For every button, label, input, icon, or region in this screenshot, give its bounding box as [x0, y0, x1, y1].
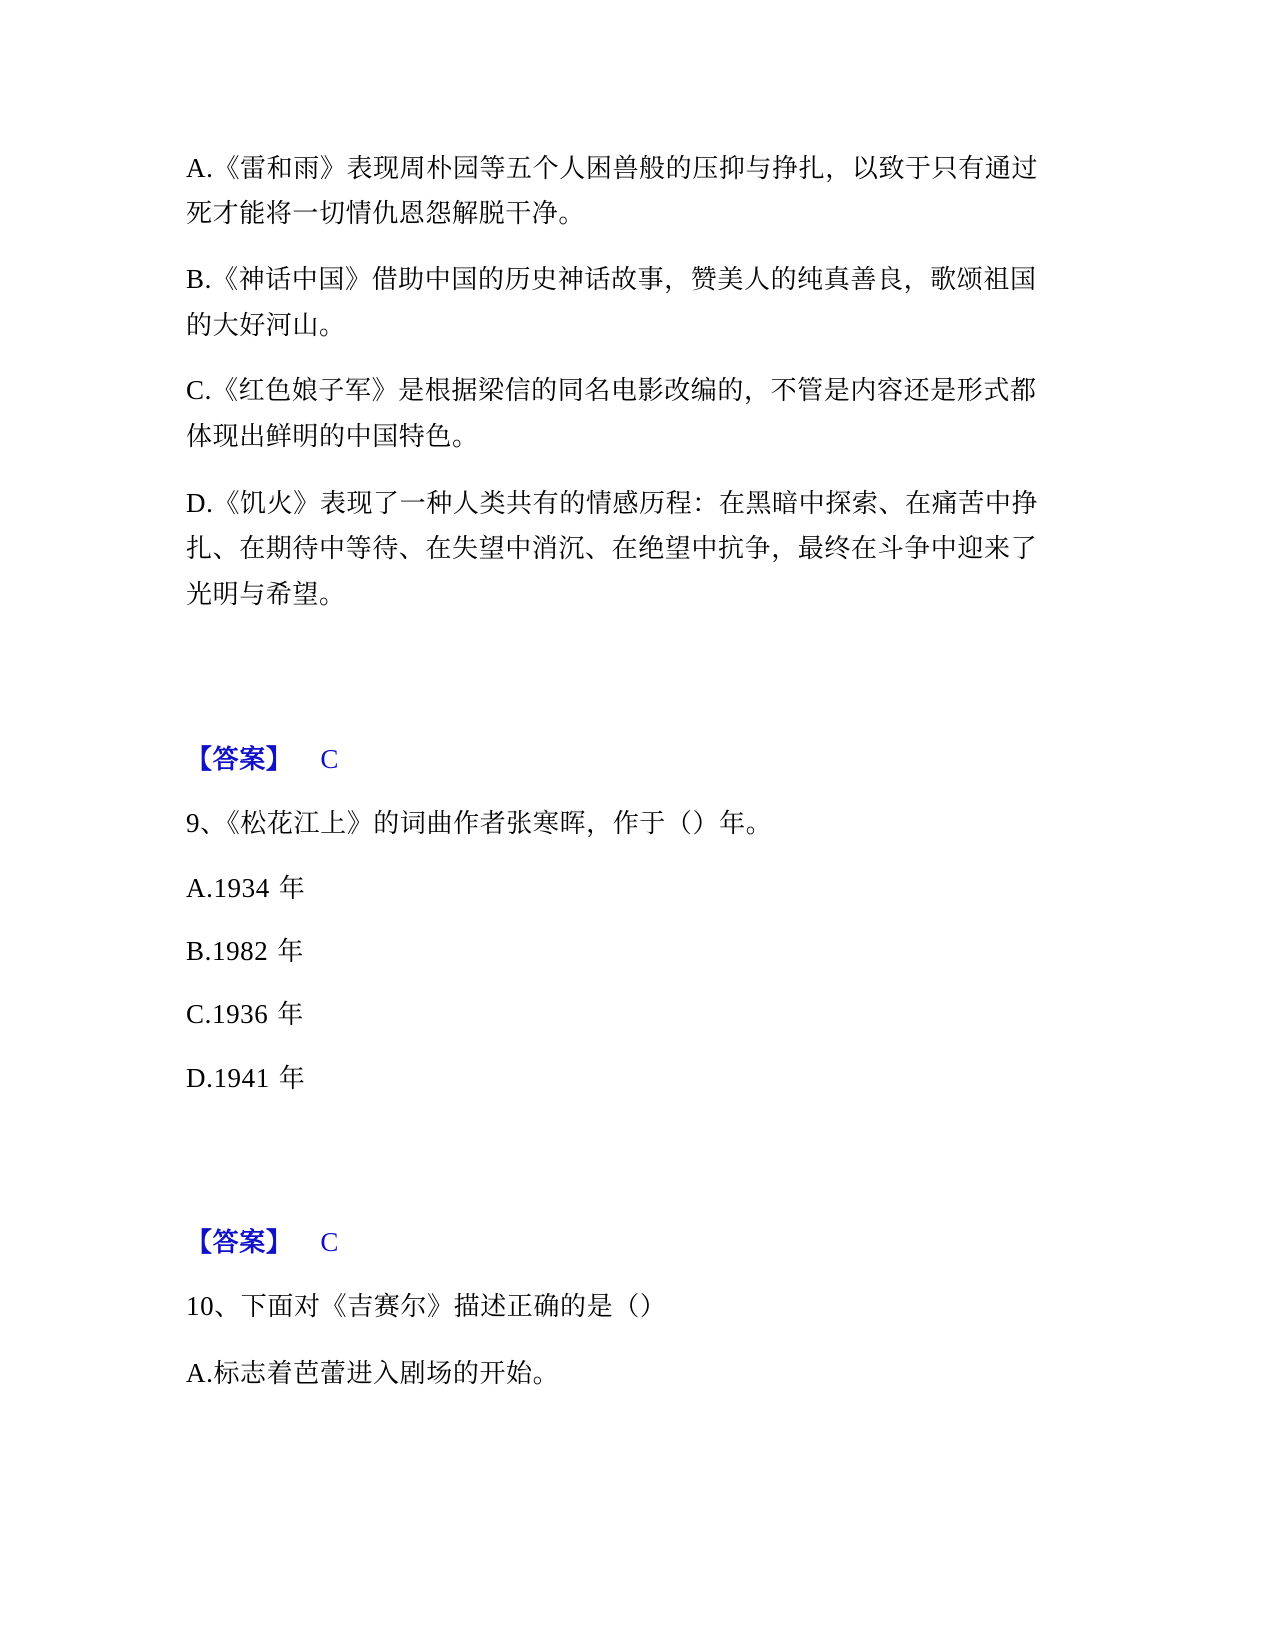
- q8-option-c-line2: 体现出鲜明的中国特色。: [186, 420, 479, 454]
- q9-option-d: D.1941 年: [186, 1061, 305, 1095]
- q8-option-b-line1: B.《神话中国》借助中国的历史神话故事，赞美人的纯真善良，歌颂祖国: [186, 262, 1037, 296]
- q9-option-a: A.1934 年: [186, 871, 305, 905]
- answer-1: 【答案】C: [186, 742, 339, 776]
- q9-option-b: B.1982 年: [186, 934, 304, 968]
- answer-2: 【答案】C: [186, 1225, 339, 1259]
- q10-option-a: A.标志着芭蕾进入剧场的开始。: [186, 1356, 559, 1390]
- q9-option-c: C.1936 年: [186, 997, 304, 1031]
- question-10: 10、下面对《吉赛尔》描述正确的是（）: [186, 1289, 666, 1323]
- answer-label: 【答案】: [186, 1228, 292, 1258]
- q8-option-d-line1: D.《饥火》表现了一种人类共有的情感历程：在黑暗中探索、在痛苦中挣: [186, 486, 1038, 520]
- q8-option-b-line2: 的大好河山。: [186, 309, 346, 343]
- answer-label: 【答案】: [186, 745, 292, 775]
- answer-value: C: [320, 744, 339, 774]
- q8-option-a-line1: A.《雷和雨》表现周朴园等五个人困兽般的压抑与挣扎，以致于只有通过: [186, 151, 1038, 185]
- q8-option-a-line2: 死才能将一切情仇恩怨解脱干净。: [186, 197, 585, 231]
- q8-option-d-line3: 光明与希望。: [186, 578, 346, 612]
- q8-option-c-line1: C.《红色娘子军》是根据梁信的同名电影改编的，不管是内容还是形式都: [186, 373, 1037, 407]
- answer-value: C: [320, 1227, 339, 1257]
- q8-option-d-line2: 扎、在期待中等待、在失望中消沉、在绝望中抗争，最终在斗争中迎来了: [186, 532, 1037, 566]
- question-9: 9、《松花江上》的词曲作者张寒晖，作于（）年。: [186, 806, 772, 840]
